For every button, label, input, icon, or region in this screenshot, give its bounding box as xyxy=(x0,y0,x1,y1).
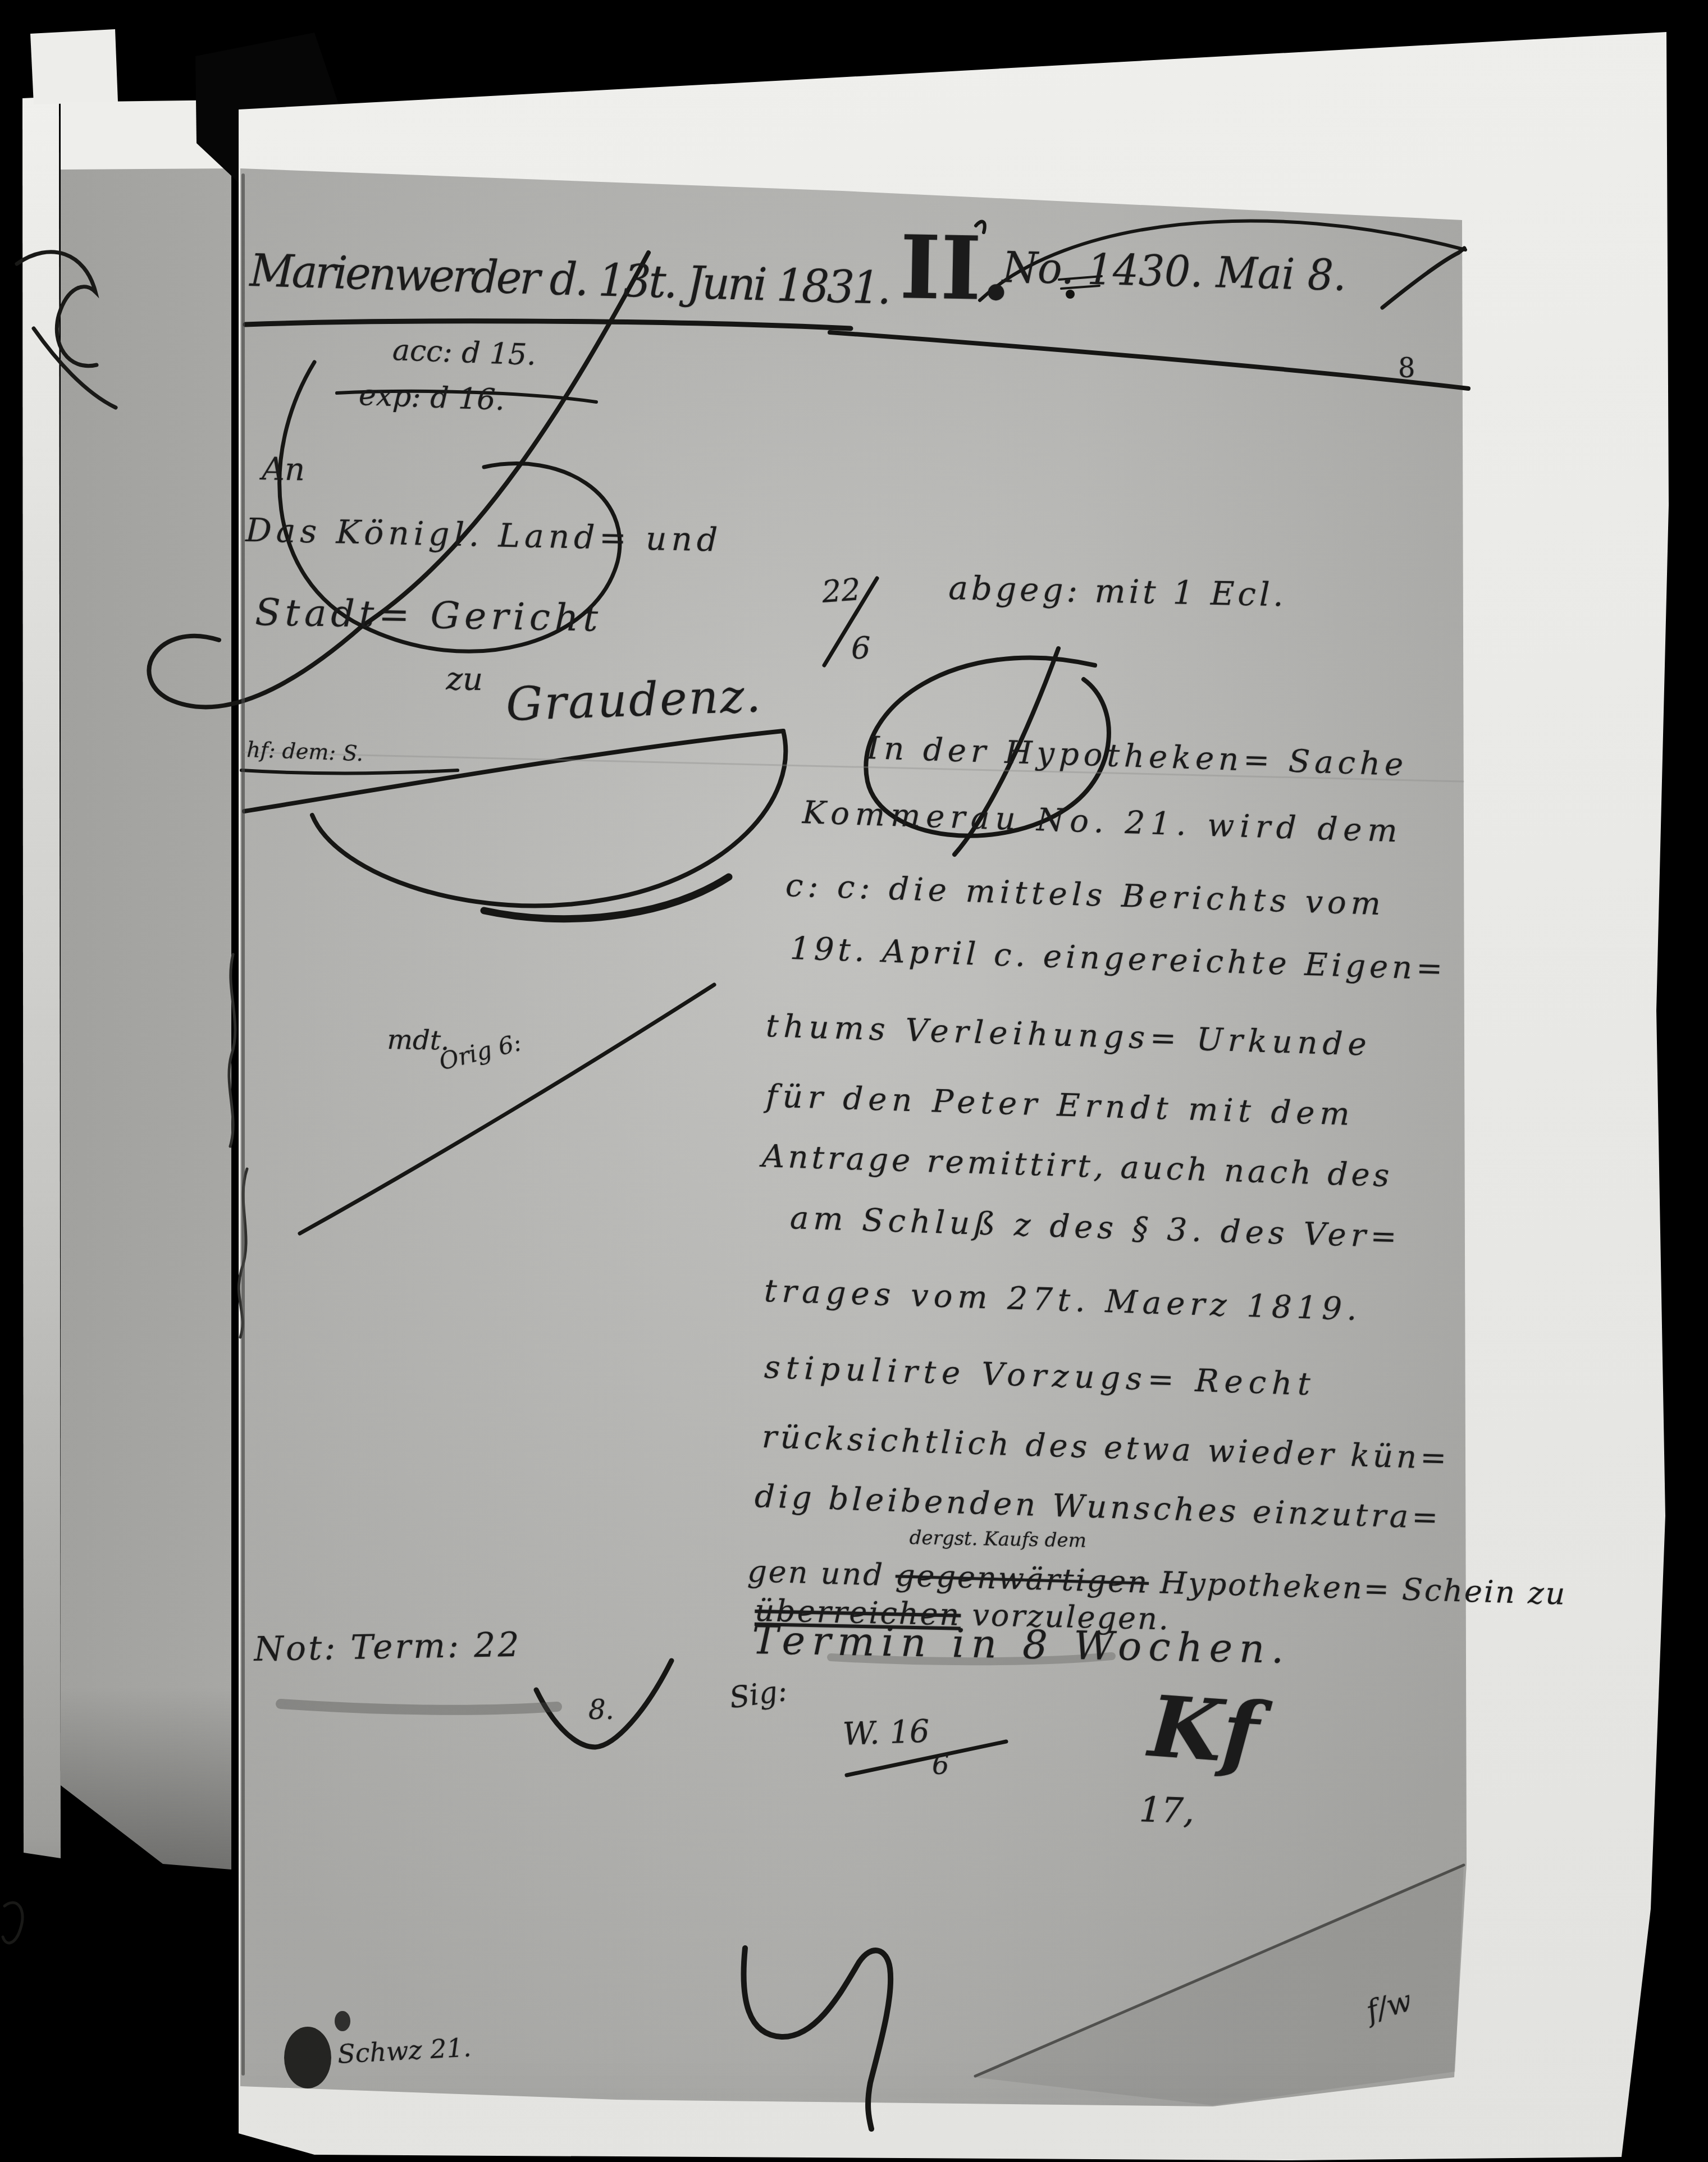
sig-value: W. 16 xyxy=(842,1716,930,1750)
address-salutation: An xyxy=(262,454,305,486)
header-acc-note: acc: d 15. xyxy=(392,336,536,370)
address-side-note: hf: dem: S. xyxy=(246,739,364,764)
signature-paraph: Kf xyxy=(1147,1684,1262,1776)
struck-word: gegenwärtigen xyxy=(895,1557,1149,1600)
not-term-note: Not: Term: 22 xyxy=(254,1628,522,1666)
address-line4: zu xyxy=(446,664,483,696)
page-number: 8 xyxy=(1398,355,1415,382)
struck-line-prefix: gen und xyxy=(747,1553,896,1593)
address-line5: Graudenz. xyxy=(505,673,763,728)
header-section-numeral: II. xyxy=(899,223,1012,312)
bottom-left-note: Schwz 21. xyxy=(337,2035,472,2067)
sig-label: Sig: xyxy=(728,1676,789,1713)
dispatch-numerator: 22 xyxy=(821,574,861,607)
dispatch-note: abgeg: mit 1 Ecl. xyxy=(948,572,1287,611)
sig-denominator: 6 xyxy=(932,1752,949,1779)
signature-number: 17, xyxy=(1139,1792,1195,1829)
term-line: Termin in 8 Wochen. xyxy=(752,1620,1291,1669)
header-exp-note: exp: d 16. xyxy=(358,381,505,415)
left-edge-mark xyxy=(3,1903,22,1943)
not-term-denominator: 8. xyxy=(588,1697,614,1724)
dispatch-denominator: 6 xyxy=(851,633,870,664)
interline-insertion: dergst. Kaufs dem xyxy=(909,1528,1086,1550)
scanned-document-page: Marienwerder d. 13t. Juni 1831. II. No. … xyxy=(0,0,1708,2162)
header-file-number: No. 1430. Mai 8. xyxy=(1002,246,1346,297)
address-line2: Das Königl. Land= und xyxy=(245,514,723,556)
address-line3: Stadt= Gericht xyxy=(255,594,603,637)
